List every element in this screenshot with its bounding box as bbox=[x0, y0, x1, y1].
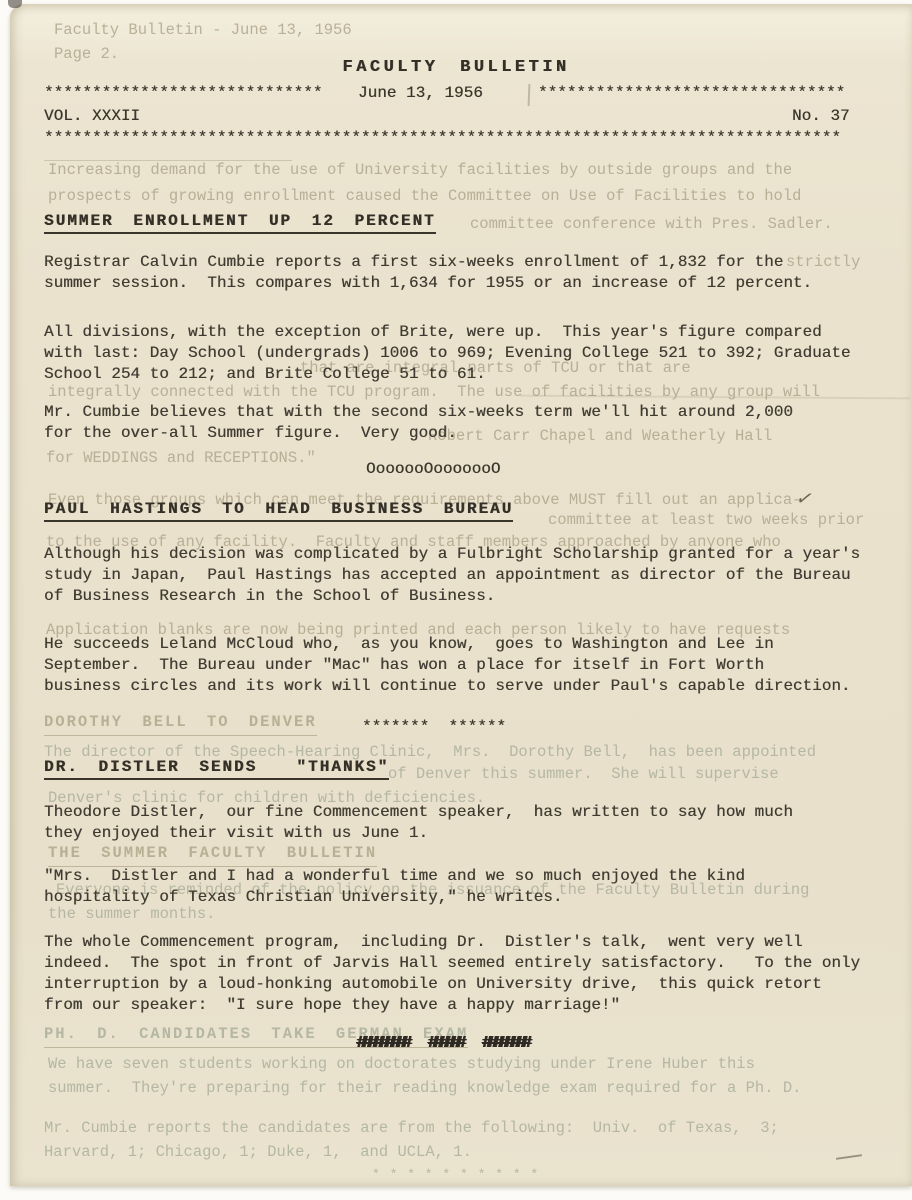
section-3-paragraph-2: "Mrs. Distler and I had a wonderful time… bbox=[44, 866, 745, 908]
masthead-rule: ****************************************… bbox=[44, 129, 841, 147]
ghost-line: committee at least two weeks prior bbox=[548, 510, 864, 531]
hash-separator: ####################### bbox=[356, 1034, 547, 1053]
hash-cluster: ######### bbox=[356, 1034, 407, 1053]
ghost-line: committee conference with Pres. Sadler. bbox=[470, 214, 833, 235]
masthead-stars-right: ******************************** bbox=[538, 84, 845, 102]
ghost-line: Increasing demand for the use of Univers… bbox=[48, 160, 792, 181]
section-1-paragraph-2: All divisions, with the exception of Bri… bbox=[44, 322, 851, 385]
section-3-paragraph-3: The whole Commencement program, includin… bbox=[44, 932, 860, 1016]
ghost-heading: THE SUMMER FACULTY BULLETIN bbox=[48, 843, 377, 867]
ghost-line: summer. They're preparing for their read… bbox=[48, 1078, 801, 1099]
section-1-paragraph-3: Mr. Cumbie believes that with the second… bbox=[44, 402, 793, 444]
section-1-heading: SUMMER ENROLLMENT UP 12 PERCENT bbox=[44, 212, 436, 234]
ghost-line: of Denver this summer. She will supervis… bbox=[388, 764, 779, 785]
section-heading-wrap: PAUL HASTINGS TO HEAD BUSINESS BUREAU bbox=[44, 500, 513, 522]
hash-cluster: ######## bbox=[482, 1034, 528, 1053]
issue-number: No. 37 bbox=[792, 107, 850, 125]
section-1-paragraph-1: Registrar Calvin Cumbie reports a first … bbox=[44, 252, 812, 294]
section-3-paragraph-1: Theodore Distler, our fine Commencement … bbox=[44, 802, 793, 844]
section-2-paragraph-1: Although his decision was complicated by… bbox=[44, 544, 860, 607]
hash-cluster: ###### bbox=[427, 1034, 461, 1053]
section-3-heading: DR. DISTLER SENDS "THANKS" bbox=[44, 758, 389, 780]
ghost-line: We have seven students working on doctor… bbox=[48, 1054, 755, 1075]
ghost-line: Mr. Cumbie reports the candidates are fr… bbox=[44, 1118, 779, 1139]
section-2-paragraph-2: He succeeds Leland McCloud who, as you k… bbox=[44, 634, 851, 697]
ghost-line: prospects of growing enrollment caused t… bbox=[48, 186, 801, 207]
scan-smudge bbox=[8, 0, 22, 8]
masthead-stars-left: ***************************** bbox=[44, 84, 322, 102]
section-heading-wrap: SUMMER ENROLLMENT UP 12 PERCENT bbox=[44, 212, 436, 234]
bulletin-title: FACULTY BULLETIN bbox=[0, 58, 912, 77]
scanned-bulletin-page: Faculty Bulletin - June 13, 1956 Page 2.… bbox=[0, 0, 912, 1200]
section-2-heading: PAUL HASTINGS TO HEAD BUSINESS BUREAU bbox=[44, 500, 513, 522]
issue-date: June 13, 1956 bbox=[358, 84, 483, 102]
volume-label: VOL. XXXII bbox=[44, 107, 140, 125]
ghost-line: for WEDDINGS and RECEPTIONS." bbox=[46, 448, 316, 469]
section-heading-wrap: DR. DISTLER SENDS "THANKS" bbox=[44, 758, 389, 780]
section-separator-stars: ******* ****** bbox=[362, 718, 506, 736]
ghost-heading: DOROTHY BELL TO DENVER bbox=[44, 712, 317, 736]
ghost-page-ref: Faculty Bulletin - June 13, 1956 bbox=[54, 20, 352, 41]
ghost-line: integrally connected with the TCU progra… bbox=[48, 382, 820, 403]
ghost-heading-text: DOROTHY BELL TO DENVER bbox=[44, 712, 317, 736]
ghost-heading-text: THE SUMMER FACULTY BULLETIN bbox=[48, 843, 377, 867]
ghost-line: Harvard, 1; Chicago, 1; Duke, 1, and UCL… bbox=[44, 1142, 472, 1163]
ghost-separator: * * * * * * * * * * bbox=[372, 1164, 539, 1185]
section-separator-circles: OoooooOooooooO bbox=[366, 460, 500, 478]
